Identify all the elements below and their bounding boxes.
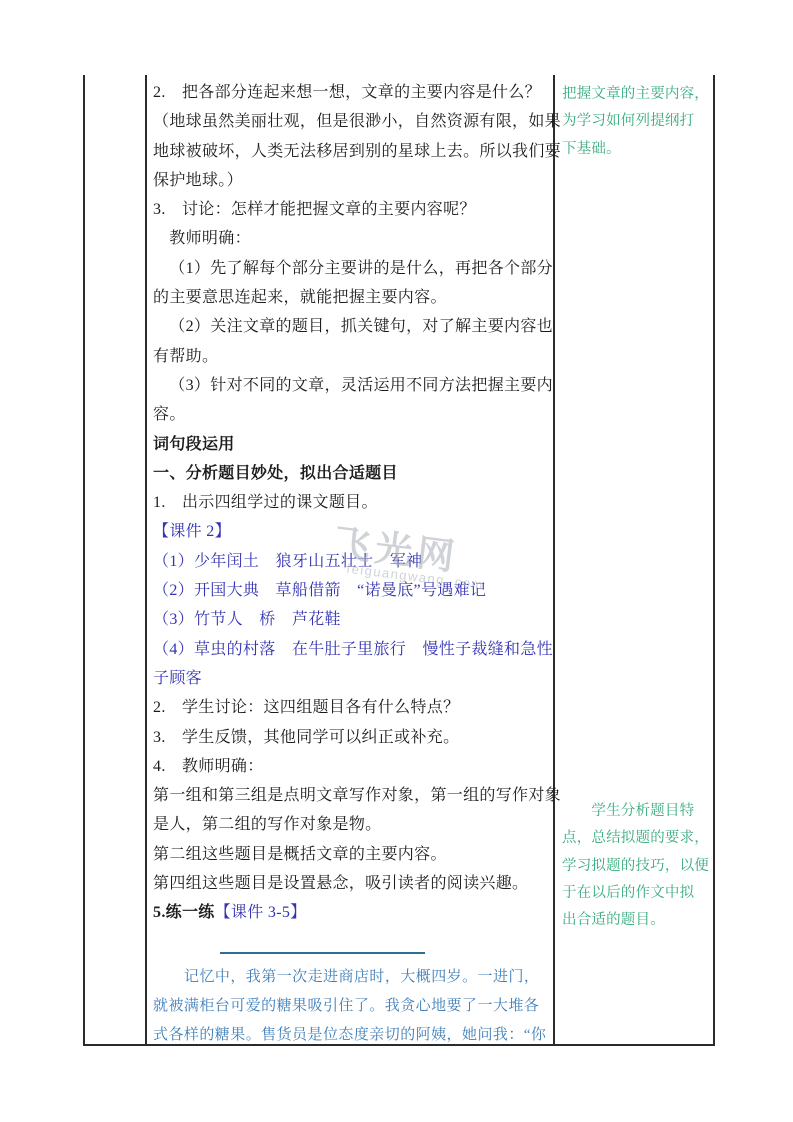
note-line: 点，总结拟题的要求， (562, 825, 716, 852)
note-line: 于在以后的作文中拟 (562, 880, 716, 907)
text-line: 地球被破坏，人类无法移居到别的星球上去。所以我们要 (153, 137, 555, 166)
text-line: 就被满柜台可爱的糖果吸引住了。我贪心地要了一大堆各 (153, 991, 555, 1020)
table-border-left (83, 75, 85, 1044)
text-line: 4. 教师明确： (153, 752, 555, 781)
text-line: （2）关注文章的题目，抓关键句，对了解主要内容也 (153, 312, 555, 341)
text-line: 记忆中，我第一次走进商店时，大概四岁。一进门， (153, 962, 555, 991)
text-segment: （3）针对不同的文章，灵活运用不同方法把握主要内 (169, 377, 553, 394)
text-segment: 容。 (153, 406, 186, 423)
text-line: 子顾客 (153, 664, 555, 693)
text-line: 词句段运用 (153, 430, 555, 459)
text-segment: 就被满柜台可爱的糖果吸引住了。我贪心地要了一大堆各 (153, 998, 539, 1014)
note-line: 为学习如何列提纲打 (562, 108, 716, 135)
text-segment: 是人，第二组的写作对象是物。 (153, 816, 381, 833)
text-line: （3）竹节人 桥 芦花鞋 (153, 605, 555, 634)
text-segment: 3. 学生反馈，其他同学可以纠正或补充。 (153, 729, 459, 746)
text-line: 5.练一练【课件 3-5】 (153, 898, 555, 927)
text-segment: 地球被破坏，人类无法移居到别的星球上去。所以我们要 (153, 143, 561, 160)
text-line: 2. 把各部分连起来想一想，文章的主要内容是什么？ (153, 78, 555, 107)
note-line: 出合适的题目。 (562, 907, 716, 934)
text-segment: 第一组和第三组是点明文章写作对象，第一组的写作对象 (153, 787, 561, 804)
text-line: 一、分析题目妙处，拟出合适题目 (153, 459, 555, 488)
design-intent-note-1: 把握文章的主要内容，为学习如何列提纲打下基础。 (562, 81, 716, 163)
text-line: 第一组和第三组是点明文章写作对象，第一组的写作对象 (153, 781, 555, 810)
text-line: 是人，第二组的写作对象是物。 (153, 810, 555, 839)
text-segment: 一、分析题目妙处，拟出合适题目 (153, 465, 398, 482)
text-line: 第四组这些题目是设置悬念，吸引读者的阅读兴趣。 (153, 869, 555, 898)
text-segment: 第二组这些题目是概括文章的主要内容。 (153, 846, 447, 863)
text-line: 第二组这些题目是概括文章的主要内容。 (153, 840, 555, 869)
text-segment: 1. 出示四组学过的课文题目。 (153, 494, 378, 511)
note-line: 下基础。 (562, 136, 716, 163)
text-line: 教师明确： (153, 224, 555, 253)
text-segment: 保护地球。） (153, 172, 243, 189)
text-segment: （3）竹节人 桥 芦花鞋 (153, 611, 341, 628)
main-content-column: 2. 把各部分连起来想一想，文章的主要内容是什么？（地球虽然美丽壮观，但是很渺小… (153, 78, 555, 1050)
divider-rule-line (220, 952, 425, 954)
text-line: （2）开国大典 草船借箭 “诺曼底”号遇难记 (153, 576, 555, 605)
text-line: 【课件 2】 (153, 517, 555, 546)
text-segment: 5.练一练 (153, 904, 215, 921)
text-line: 容。 (153, 400, 555, 429)
text-segment: 有帮助。 (153, 348, 218, 365)
text-segment: 教师明确： (169, 230, 251, 247)
text-segment: 【课件 3-5】 (215, 904, 307, 921)
text-segment: 【课件 2】 (153, 523, 231, 540)
text-segment: （地球虽然美丽壮观，但是很渺小，自然资源有限，如果 (153, 113, 561, 130)
text-segment: 式各样的糖果。售货员是位态度亲切的阿姨，她问我：“你 (153, 1027, 546, 1043)
text-line: 3. 学生反馈，其他同学可以纠正或补充。 (153, 723, 555, 752)
text-line: 式各样的糖果。售货员是位态度亲切的阿姨，她问我：“你 (153, 1020, 555, 1049)
text-segment: 词句段运用 (153, 436, 235, 453)
text-line: 有帮助。 (153, 342, 555, 371)
design-intent-note-2: 学生分析题目特点，总结拟题的要求，学习拟题的技巧，以便于在以后的作文中拟出合适的… (562, 798, 716, 934)
text-segment: （4）草虫的村落 在牛肚子里旅行 慢性子裁缝和急性 (153, 641, 553, 658)
text-segment: 2. 学生讨论：这四组题目各有什么特点？ (153, 699, 459, 716)
text-segment: （1）少年闰土 狼牙山五壮士 军神 (153, 553, 422, 570)
text-segment: 3. 讨论：怎样才能把握文章的主要内容呢？ (153, 201, 476, 218)
note-line: 学习拟题的技巧，以便 (562, 853, 716, 880)
text-line: 1. 出示四组学过的课文题目。 (153, 488, 555, 517)
text-segment: 4. 教师明确： (153, 758, 264, 775)
textbox-divider-rule (153, 928, 555, 962)
text-segment: 第四组这些题目是设置悬念，吸引读者的阅读兴趣。 (153, 875, 528, 892)
text-line: （4）草虫的村落 在牛肚子里旅行 慢性子裁缝和急性 (153, 635, 555, 664)
text-segment: 记忆中，我第一次走进商店时，大概四岁。一进门， (184, 969, 539, 985)
text-segment: （1）先了解每个部分主要讲的是什么，再把各个部分 (169, 260, 553, 277)
text-segment: 的主要意思连起来，就能把握主要内容。 (153, 289, 447, 306)
text-line: 3. 讨论：怎样才能把握文章的主要内容呢？ (153, 195, 555, 224)
lesson-plan-page: 飞光网 feiguangwang. com 2. 把各部分连起来想一想，文章的主… (0, 0, 793, 1122)
text-segment: 2. 把各部分连起来想一想，文章的主要内容是什么？ (153, 84, 541, 101)
text-line: （1）少年闰土 狼牙山五壮士 军神 (153, 547, 555, 576)
text-line: 的主要意思连起来，就能把握主要内容。 (153, 283, 555, 312)
text-segment: （2）开国大典 草船借箭 “诺曼底”号遇难记 (153, 582, 486, 599)
text-segment: （2）关注文章的题目，抓关键句，对了解主要内容也 (169, 318, 553, 335)
text-line: （3）针对不同的文章，灵活运用不同方法把握主要内 (153, 371, 555, 400)
note-line: 学生分析题目特 (562, 798, 716, 825)
note-line: 把握文章的主要内容， (562, 81, 716, 108)
text-segment: 子顾客 (153, 670, 202, 687)
text-line: （1）先了解每个部分主要讲的是什么，再把各个部分 (153, 254, 555, 283)
text-line: 保护地球。） (153, 166, 555, 195)
table-divider-left-column (145, 75, 147, 1044)
text-line: （地球虽然美丽壮观，但是很渺小，自然资源有限，如果 (153, 107, 555, 136)
text-line: 2. 学生讨论：这四组题目各有什么特点？ (153, 693, 555, 722)
